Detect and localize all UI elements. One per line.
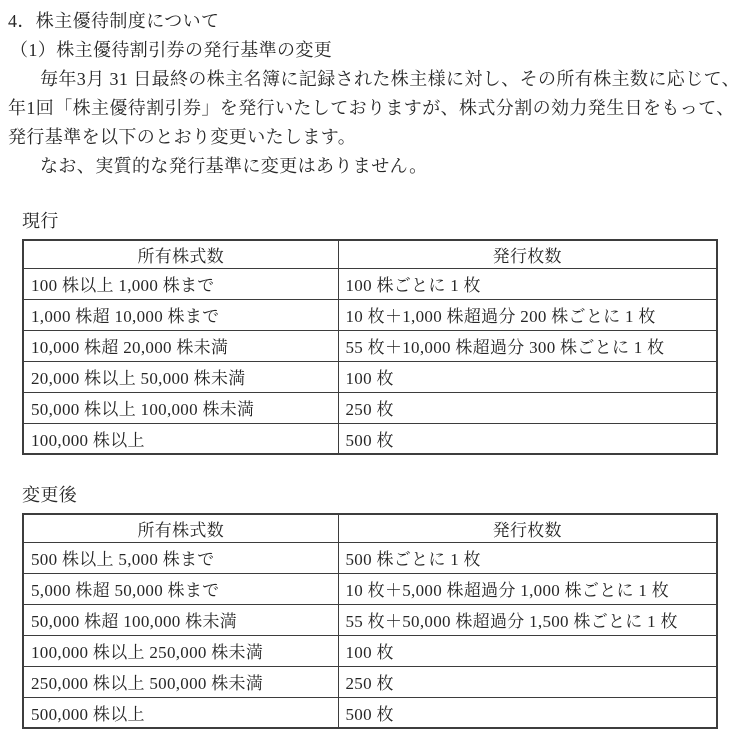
shares-held-cell: 500,000 株以上 [23, 697, 338, 728]
paragraph-line: なお、実質的な発行基準に変更はありません。 [40, 152, 753, 181]
paragraph-line: 毎年3月 31 日最終の株主名簿に記録された株主様に対し、その所有株主数に応じて… [40, 65, 753, 94]
tickets-issued-cell: 10 枚＋1,000 株超過分 200 株ごとに 1 枚 [338, 299, 717, 330]
table-row: 50,000 株以上 100,000 株未満 250 枚 [23, 392, 717, 423]
table-row: 50,000 株超 100,000 株未満 55 枚＋50,000 株超過分 1… [23, 604, 717, 635]
current-issuance-table: 所有株式数 発行枚数 100 株以上 1,000 株まで 100 株ごとに 1 … [22, 239, 718, 455]
table-row: 500,000 株以上 500 枚 [23, 697, 717, 728]
shares-held-cell: 5,000 株超 50,000 株まで [23, 573, 338, 604]
table-row: 100,000 株以上 250,000 株未満 100 枚 [23, 635, 717, 666]
table-row: 10,000 株超 20,000 株未満 55 枚＋10,000 株超過分 30… [23, 330, 717, 361]
shares-held-cell: 500 株以上 5,000 株まで [23, 542, 338, 573]
paragraph-line: 年1回「株主優待割引券」を発行いたしておりますが、株式分割の効力発生日をもって、 [8, 94, 753, 123]
tickets-issued-cell: 100 枚 [338, 361, 717, 392]
table-row: 250,000 株以上 500,000 株未満 250 枚 [23, 666, 717, 697]
table-row: 100,000 株以上 500 枚 [23, 423, 717, 454]
tickets-issued-cell: 55 枚＋10,000 株超過分 300 株ごとに 1 枚 [338, 330, 717, 361]
tickets-issued-cell: 500 株ごとに 1 枚 [338, 542, 717, 573]
table-row: 500 株以上 5,000 株まで 500 株ごとに 1 枚 [23, 542, 717, 573]
table-header-row: 所有株式数 発行枚数 [23, 240, 717, 268]
table-header-row: 所有株式数 発行枚数 [23, 514, 717, 542]
tickets-issued-cell: 500 枚 [338, 423, 717, 454]
revised-issuance-table: 所有株式数 発行枚数 500 株以上 5,000 株まで 500 株ごとに 1 … [22, 513, 718, 729]
table-row: 5,000 株超 50,000 株まで 10 枚＋5,000 株超過分 1,00… [23, 573, 717, 604]
shares-held-cell: 50,000 株超 100,000 株未満 [23, 604, 338, 635]
tickets-issued-cell: 500 枚 [338, 697, 717, 728]
shares-held-cell: 100,000 株以上 [23, 423, 338, 454]
tickets-issued-cell: 100 枚 [338, 635, 717, 666]
tickets-issued-header: 発行枚数 [338, 240, 717, 268]
table-row: 20,000 株以上 50,000 株未満 100 枚 [23, 361, 717, 392]
shares-held-cell: 20,000 株以上 50,000 株未満 [23, 361, 338, 392]
shares-held-cell: 50,000 株以上 100,000 株未満 [23, 392, 338, 423]
subsection-title: （1）株主優待割引券の発行基準の変更 [10, 36, 753, 65]
shares-held-header: 所有株式数 [23, 240, 338, 268]
shares-held-cell: 1,000 株超 10,000 株まで [23, 299, 338, 330]
document-page: 4．株主優待制度について （1）株主優待割引券の発行基準の変更 毎年3月 31 … [0, 0, 753, 729]
paragraph-line: 発行基準を以下のとおり変更いたします。 [8, 123, 753, 152]
section-title: 4．株主優待制度について [8, 7, 753, 36]
shares-held-cell: 250,000 株以上 500,000 株未満 [23, 666, 338, 697]
table-row: 1,000 株超 10,000 株まで 10 枚＋1,000 株超過分 200 … [23, 299, 717, 330]
shares-held-cell: 10,000 株超 20,000 株未満 [23, 330, 338, 361]
shares-held-header: 所有株式数 [23, 514, 338, 542]
tickets-issued-cell: 250 枚 [338, 392, 717, 423]
table-row: 100 株以上 1,000 株まで 100 株ごとに 1 枚 [23, 268, 717, 299]
shares-held-cell: 100 株以上 1,000 株まで [23, 268, 338, 299]
tickets-issued-cell: 55 枚＋50,000 株超過分 1,500 株ごとに 1 枚 [338, 604, 717, 635]
shares-held-cell: 100,000 株以上 250,000 株未満 [23, 635, 338, 666]
tickets-issued-header: 発行枚数 [338, 514, 717, 542]
tickets-issued-cell: 250 枚 [338, 666, 717, 697]
tickets-issued-cell: 100 株ごとに 1 枚 [338, 268, 717, 299]
tickets-issued-cell: 10 枚＋5,000 株超過分 1,000 株ごとに 1 枚 [338, 573, 717, 604]
revised-table-label: 変更後 [22, 485, 753, 505]
current-table-label: 現行 [22, 211, 753, 231]
